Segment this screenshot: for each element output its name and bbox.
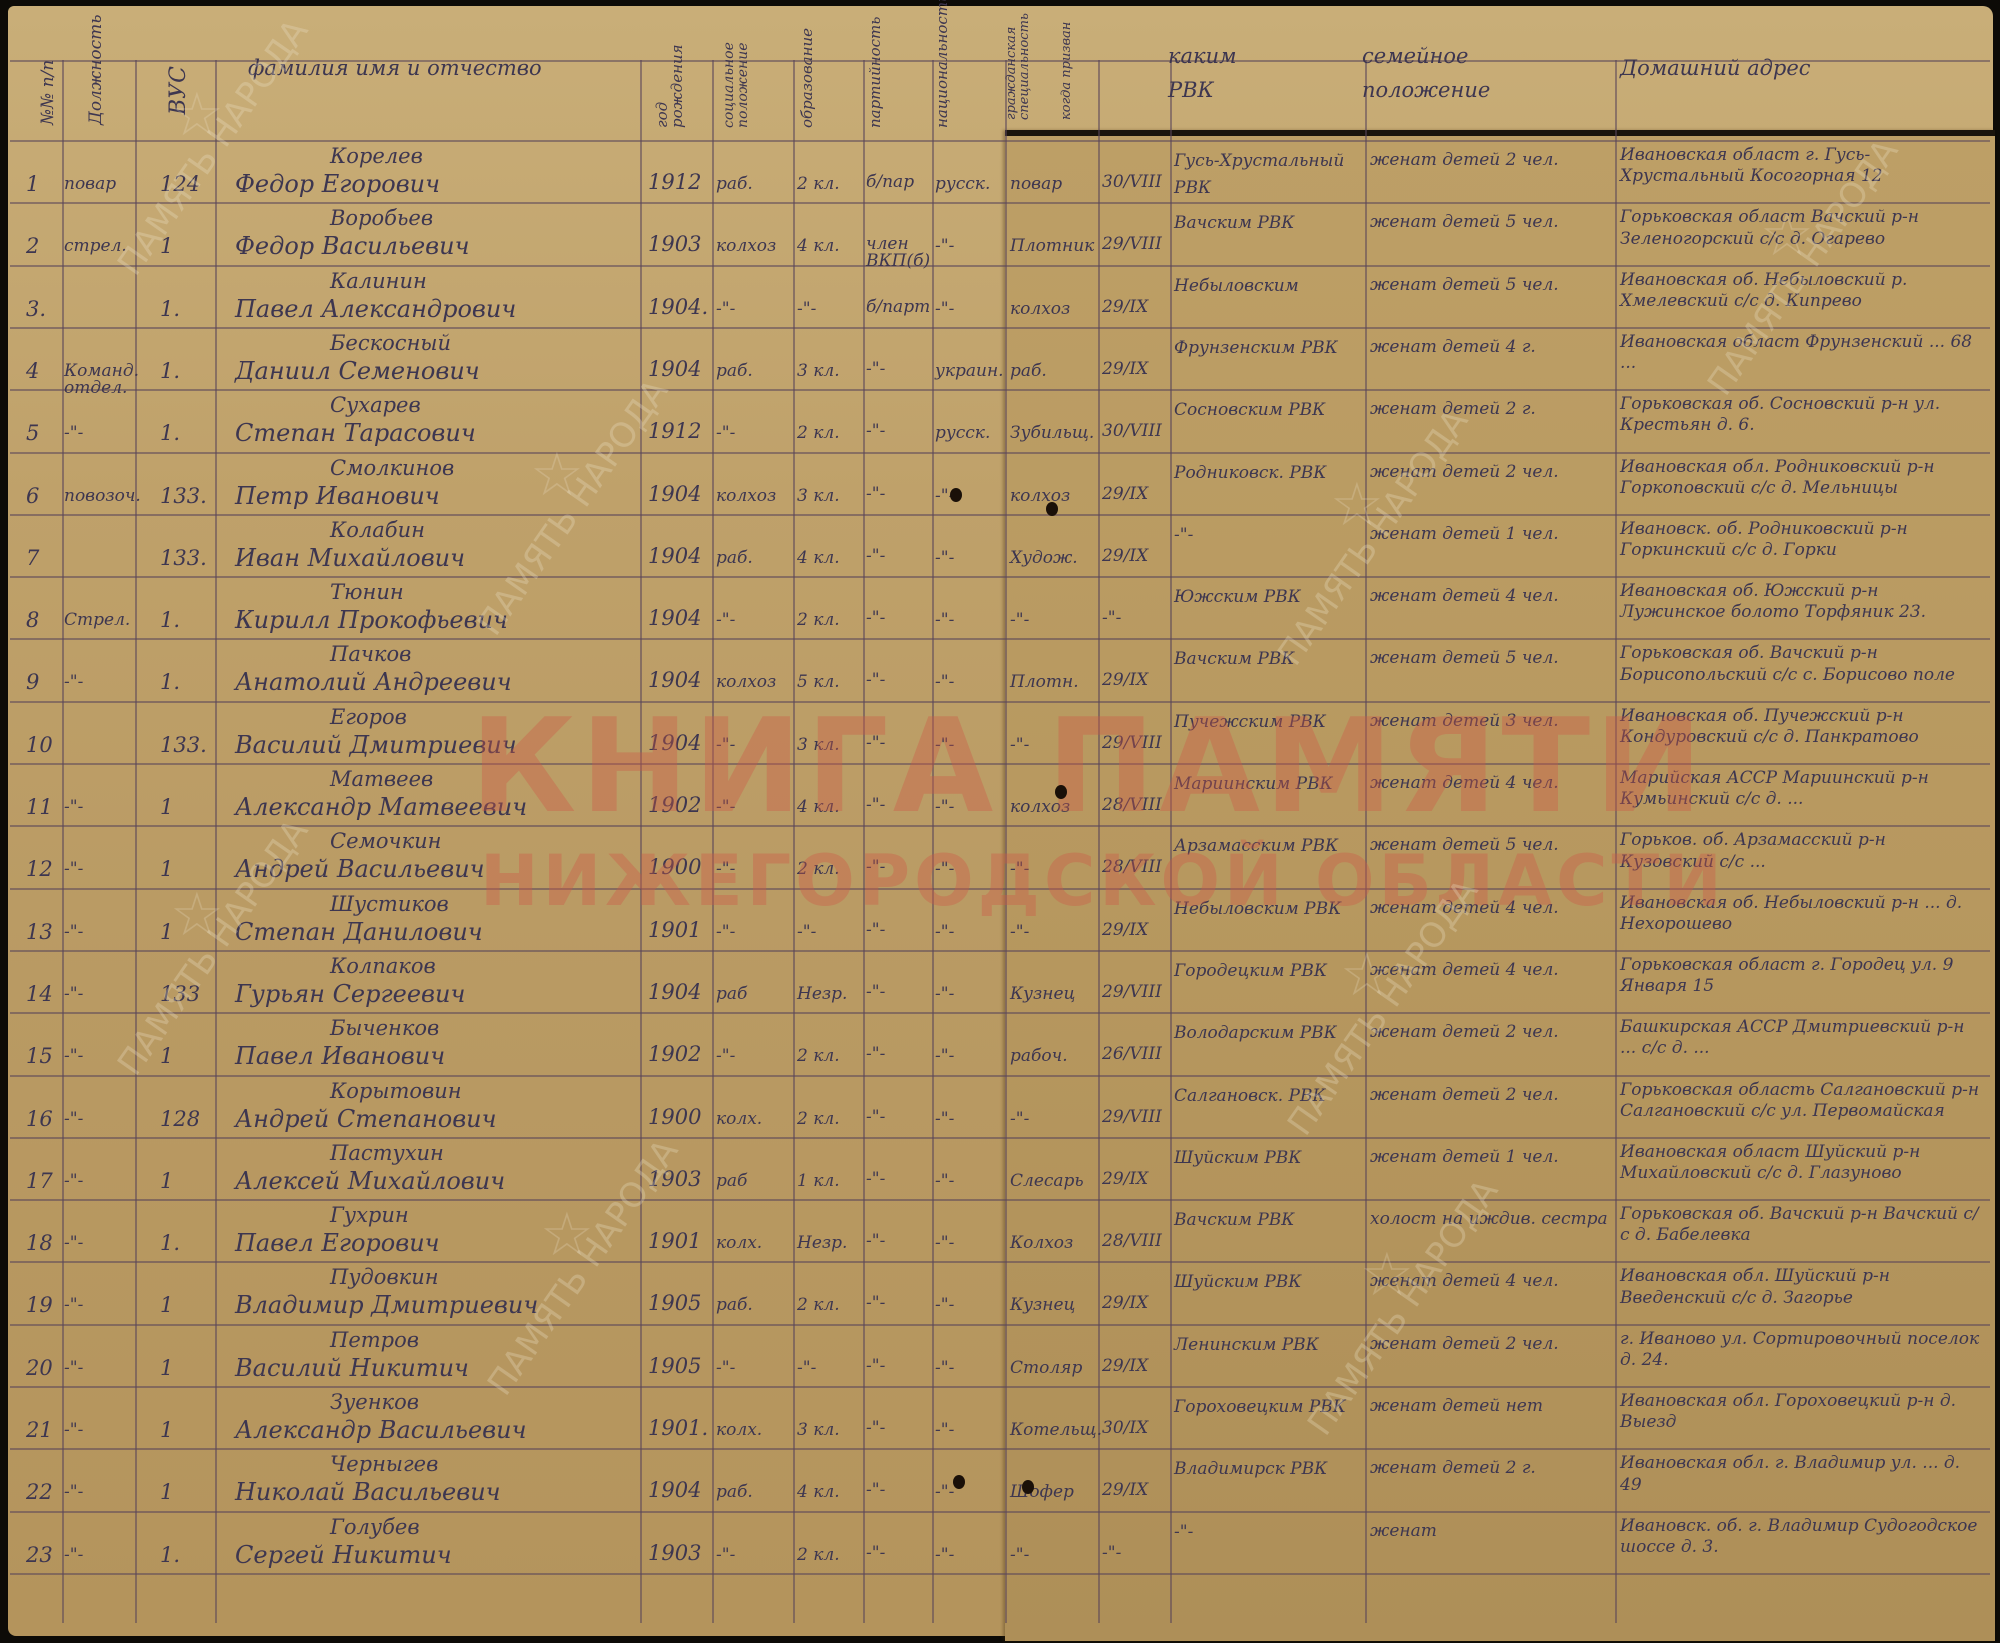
cell-education: 5 кл.	[797, 674, 840, 691]
cell-party: -"-	[866, 1358, 932, 1375]
cell-birth-year: 1905	[648, 1356, 701, 1377]
cell-vus: 133.	[160, 735, 207, 756]
rule-row	[10, 1511, 1990, 1513]
cell-call-date: 29/IX	[1102, 1171, 1148, 1188]
cell-call-date: 29/IX	[1102, 672, 1148, 689]
star-icon: ☆	[540, 1200, 594, 1270]
cell-call-date: 30/VIII	[1102, 423, 1162, 440]
cell-given-names: Федор Васильевич	[235, 234, 470, 258]
cell-party: член ВКП(б)	[866, 236, 932, 270]
cell-birth-year: 1904	[648, 1480, 701, 1501]
cell-vus: 1.	[160, 1545, 180, 1566]
header-nationality: национальность	[935, 0, 950, 128]
cell-surname: Петров	[330, 1330, 419, 1351]
cell-birth-year: 1901	[648, 1231, 701, 1252]
hole	[1046, 502, 1058, 516]
cell-surname: Черныгев	[330, 1454, 438, 1475]
cell-family: женат детей 5 чел.	[1370, 277, 1610, 294]
cell-education: 2 кл.	[797, 1048, 840, 1065]
cell-nationality: -"-	[935, 1360, 954, 1377]
cell-education: 2 кл.	[797, 1111, 840, 1128]
cell-number: 14	[26, 984, 53, 1005]
cell-vus: 133.	[160, 548, 207, 569]
cell-surname: Егоров	[330, 707, 407, 728]
star-icon: ☆	[530, 440, 584, 510]
cell-party: -"-	[866, 423, 932, 440]
cell-vus: 1.	[160, 361, 180, 382]
cell-given-names: Степан Тарасович	[235, 421, 476, 445]
cell-number: 3.	[26, 299, 46, 320]
cell-nationality: -"-	[935, 1422, 954, 1439]
cell-party: -"-	[866, 1420, 932, 1437]
cell-birth-year: 1900	[648, 1107, 701, 1128]
cell-call-date: 29/IX	[1102, 1358, 1148, 1375]
cell-address: Ивановская обл. г. Владимир ул. ... д. 4…	[1620, 1453, 1980, 1496]
cell-surname: Быченков	[330, 1018, 439, 1039]
cell-position: -"-	[64, 1173, 134, 1190]
cell-birth-year: 1904	[648, 670, 701, 691]
cell-number: 23	[26, 1545, 53, 1566]
rule-header	[10, 140, 1990, 142]
cell-family: женат детей нет	[1370, 1398, 1610, 1415]
cell-position: -"-	[64, 674, 134, 691]
cell-family: женат детей 4 г.	[1370, 339, 1610, 356]
cell-specialty: -"-	[1010, 612, 1029, 629]
header-birth-year: год рождения	[655, 28, 685, 128]
cell-surname: Воробьев	[330, 208, 433, 229]
rule-row	[10, 576, 1990, 578]
cell-birth-year: 1901.	[648, 1418, 708, 1439]
cell-specialty: Кузнец	[1010, 986, 1075, 1003]
star-icon: ☆	[170, 880, 224, 950]
cell-nationality: -"-	[935, 301, 954, 318]
cell-specialty: Худож.	[1010, 550, 1078, 567]
cell-specialty: раб.	[1010, 363, 1047, 380]
cell-address: Ивановск. об. Родниковский р-н Горкински…	[1620, 519, 1980, 562]
cell-specialty: повар	[1010, 176, 1062, 193]
cell-social: -"-	[716, 1547, 735, 1564]
cell-party: -"-	[866, 984, 932, 1001]
cell-birth-year: 1904	[648, 608, 701, 629]
cell-birth-year: 1903	[648, 234, 701, 255]
cell-number: 20	[26, 1358, 53, 1379]
cell-surname: Зуенков	[330, 1392, 419, 1413]
cell-birth-year: 1904	[648, 546, 701, 567]
cell-birth-year: 1902	[648, 1044, 701, 1065]
rule-row	[10, 950, 1990, 952]
header-position: Должность	[88, 14, 105, 125]
cell-family: женат детей 2 г.	[1370, 1460, 1610, 1477]
cell-education: 4 кл.	[797, 238, 840, 255]
cell-social: раб	[716, 986, 747, 1003]
rule-row	[10, 202, 1990, 204]
rule-row	[10, 389, 1990, 391]
cell-birth-year: 1904.	[648, 297, 708, 318]
cell-position: Команд. отдел.	[64, 363, 134, 397]
cell-number: 5	[26, 423, 39, 444]
cell-rvk: Сосновским РВК	[1174, 397, 1364, 424]
cell-birth-year: 1903	[648, 1543, 701, 1564]
cell-call-date: -"-	[1102, 610, 1121, 627]
cell-social: раб.	[716, 176, 753, 193]
cell-specialty: Плотн.	[1010, 674, 1079, 691]
cell-position: повар	[64, 176, 134, 193]
cell-party: -"-	[866, 548, 932, 565]
cell-education: Незр.	[797, 1235, 847, 1252]
cell-nationality: русск.	[935, 425, 990, 442]
cell-number: 8	[26, 610, 39, 631]
rule-row	[10, 1573, 1990, 1575]
cell-position: -"-	[64, 924, 134, 941]
cell-nationality: -"-	[935, 1048, 954, 1065]
cell-birth-year: 1904	[648, 484, 701, 505]
cell-given-names: Николай Васильевич	[235, 1480, 501, 1504]
cell-education: 3 кл.	[797, 488, 840, 505]
cell-given-names: Андрей Степанович	[235, 1107, 497, 1131]
cell-given-names: Кирилл Прокофьевич	[235, 608, 508, 632]
cell-given-names: Иван Михайлович	[235, 546, 465, 570]
cell-given-names: Алексей Михайлович	[235, 1169, 505, 1193]
cell-party: -"-	[866, 922, 932, 939]
cell-party: -"-	[866, 1545, 932, 1562]
cell-social: -"-	[716, 425, 735, 442]
cell-social: -"-	[716, 301, 735, 318]
watermark-line2: НИЖЕГОРОДСКОЙ ОБЛАСТИ	[480, 840, 1726, 922]
cell-given-names: Гурьян Сергеевич	[235, 982, 465, 1006]
cell-given-names: Александр Васильевич	[235, 1418, 527, 1442]
cell-specialty: колхоз	[1010, 488, 1070, 505]
rule-row	[10, 1324, 1990, 1326]
cell-surname: Пудовкин	[330, 1267, 439, 1288]
cell-number: 16	[26, 1109, 53, 1130]
cell-nationality: русск.	[935, 176, 990, 193]
cell-specialty: Шофер	[1010, 1484, 1074, 1501]
cell-nationality: -"-	[935, 1484, 954, 1501]
cell-party: -"-	[866, 1233, 932, 1250]
cell-vus: 128	[160, 1109, 200, 1130]
cell-education: 2 кл.	[797, 612, 840, 629]
cell-nationality: -"-	[935, 612, 954, 629]
rule-row	[10, 514, 1990, 516]
cell-surname: Корелев	[330, 146, 423, 167]
cell-surname: Голубев	[330, 1517, 420, 1538]
cell-social: -"-	[716, 612, 735, 629]
cell-position: Стрел.	[64, 612, 134, 629]
cell-education: Незр.	[797, 986, 847, 1003]
cell-surname: Корытовин	[330, 1081, 462, 1102]
cell-number: 13	[26, 922, 53, 943]
cell-education: 4 кл.	[797, 1484, 840, 1501]
cell-nationality: -"-	[935, 1173, 954, 1190]
cell-specialty: рабоч.	[1010, 1048, 1068, 1065]
hole	[953, 1475, 965, 1489]
cell-given-names: Даниил Семенович	[235, 359, 480, 383]
cell-surname: Смолкинов	[330, 458, 454, 479]
cell-surname: Матвеев	[330, 769, 433, 790]
cell-education: 3 кл.	[797, 363, 840, 380]
cell-education: -"-	[797, 924, 816, 941]
cell-social: колхоз	[716, 238, 776, 255]
cell-social: колх.	[716, 1235, 762, 1252]
cell-education: 3 кл.	[797, 1422, 840, 1439]
cell-address: Горьковская об. Вачский р-н Вачский с/с …	[1620, 1204, 1980, 1247]
header-rvk: каким РВК	[1168, 40, 1278, 107]
cell-education: 2 кл.	[797, 1547, 840, 1564]
cell-specialty: колхоз	[1010, 301, 1070, 318]
cell-position: -"-	[64, 1547, 134, 1564]
cell-rvk: Городецким РВК	[1174, 958, 1364, 985]
cell-surname: Бескосный	[330, 333, 451, 354]
cell-family: женат	[1370, 1523, 1610, 1540]
rule-row	[10, 1261, 1990, 1263]
cell-specialty: Колхоз	[1010, 1235, 1073, 1252]
cell-vus: 1	[160, 1295, 173, 1316]
cell-call-date: 29/IX	[1102, 922, 1148, 939]
cell-call-date: 30/VIII	[1102, 174, 1162, 191]
cell-party: -"-	[866, 1046, 932, 1063]
cell-social: -"-	[716, 924, 735, 941]
cell-rvk: Ленинским РВК	[1174, 1332, 1364, 1359]
cell-given-names: Павел Иванович	[235, 1044, 445, 1068]
cell-vus: 1	[160, 1420, 173, 1441]
cell-specialty: Столяр	[1010, 1360, 1082, 1377]
star-icon: ☆	[1360, 1240, 1414, 1310]
cell-number: 21	[26, 1420, 53, 1441]
cell-address: Горьковская об. Вачский р-н Борисопольск…	[1620, 643, 1980, 686]
cell-position: -"-	[64, 1484, 134, 1501]
cell-given-names: Василий Никитич	[235, 1356, 469, 1380]
cell-party: -"-	[866, 486, 932, 503]
cell-call-date: 29/IX	[1102, 1482, 1148, 1499]
star-icon: ☆	[1330, 470, 1384, 540]
cell-nationality: -"-	[935, 238, 954, 255]
cell-party: -"-	[866, 361, 932, 378]
cell-education: 4 кл.	[797, 550, 840, 567]
cell-party: -"-	[866, 1109, 932, 1126]
cell-surname: Калинин	[330, 271, 427, 292]
cell-position: -"-	[64, 1235, 134, 1252]
cell-position: -"-	[64, 861, 134, 878]
cell-family: женат детей 2 чел.	[1370, 1087, 1610, 1104]
cell-surname: Гухрин	[330, 1205, 409, 1226]
cell-given-names: Павел Егорович	[235, 1231, 440, 1255]
cell-rvk: Вачским РВК	[1174, 646, 1364, 673]
cell-vus: 133.	[160, 486, 207, 507]
hole	[950, 488, 962, 502]
cell-call-date: 29/VIII	[1102, 984, 1162, 1001]
cell-family: женат детей 2 г.	[1370, 401, 1610, 418]
cell-vus: 1	[160, 1171, 173, 1192]
cell-call-date: -"-	[1102, 1545, 1121, 1562]
cell-family: женат детей 4 чел.	[1370, 588, 1610, 605]
cell-nationality: -"-	[935, 674, 954, 691]
cell-nationality: -"-	[935, 1547, 954, 1564]
cell-specialty: -"-	[1010, 1547, 1029, 1564]
cell-surname: Тюнин	[330, 582, 404, 603]
cell-specialty: -"-	[1010, 1111, 1029, 1128]
cell-birth-year: 1904	[648, 982, 701, 1003]
cell-nationality: -"-	[935, 986, 954, 1003]
cell-number: 15	[26, 1046, 53, 1067]
cell-specialty: Котельщ.	[1010, 1422, 1102, 1439]
cell-address: Горьковская област г. Городец ул. 9 Янва…	[1620, 955, 1980, 998]
cell-given-names: Федор Егорович	[235, 172, 440, 196]
hole	[1022, 1480, 1034, 1494]
cell-surname: Колпаков	[330, 956, 436, 977]
cell-social: -"-	[716, 1048, 735, 1065]
cell-birth-year: 1901	[648, 920, 701, 941]
rule-row	[10, 1386, 1990, 1388]
cell-given-names: Степан Данилович	[235, 920, 483, 944]
cell-specialty: Кузнец	[1010, 1297, 1075, 1314]
cell-birth-year: 1905	[648, 1293, 701, 1314]
cell-social: раб.	[716, 1297, 753, 1314]
hole	[1055, 785, 1067, 799]
cell-family: женат детей 1 чел.	[1370, 526, 1610, 543]
cell-number: 2	[26, 236, 39, 257]
cell-nationality: -"-	[935, 1235, 954, 1252]
cell-address: Башкирская АССР Дмитриевский р-н ... с/с…	[1620, 1017, 1980, 1060]
cell-call-date: 26/VIII	[1102, 1046, 1162, 1063]
cell-party: -"-	[866, 1171, 932, 1188]
cell-family: женат детей 5 чел.	[1370, 214, 1610, 231]
header-num: №№ п/п	[40, 60, 57, 125]
cell-social: раб	[716, 1173, 747, 1190]
cell-social: раб.	[716, 550, 753, 567]
cell-vus: 1.	[160, 610, 180, 631]
cell-call-date: 28/VIII	[1102, 1233, 1162, 1250]
cell-number: 7	[26, 548, 39, 569]
star-icon: ☆	[170, 80, 224, 150]
cell-call-date: 29/IX	[1102, 486, 1148, 503]
cell-specialty: Слесарь	[1010, 1173, 1084, 1190]
cell-number: 6	[26, 486, 39, 507]
cell-education: 1 кл.	[797, 1173, 840, 1190]
rule-row	[10, 1448, 1990, 1450]
cell-education: -"-	[797, 301, 816, 318]
cell-social: колхоз	[716, 488, 776, 505]
cell-rvk: Шуйским РВК	[1174, 1145, 1364, 1172]
cell-call-date: 30/IX	[1102, 1420, 1148, 1437]
cell-number: 19	[26, 1295, 53, 1316]
cell-address: Ивановская област г. Гусь-Хрустальный Ко…	[1620, 145, 1980, 188]
rule-column	[135, 60, 137, 1623]
cell-social: раб.	[716, 363, 753, 380]
cell-position: -"-	[64, 1111, 134, 1128]
cell-address: Ивановская об. Южский р-н Лужинское боло…	[1620, 581, 1980, 624]
cell-nationality: -"-	[935, 550, 954, 567]
cell-family: женат детей 1 чел.	[1370, 1149, 1610, 1166]
rule-row	[10, 638, 1990, 640]
cell-social: колхоз	[716, 674, 776, 691]
star-icon: ☆	[1760, 200, 1814, 270]
header-family: семейное положение	[1362, 40, 1562, 107]
cell-call-date: 29/VIII	[1102, 1109, 1162, 1126]
cell-vus: 1.	[160, 299, 180, 320]
cell-call-date: 29/IX	[1102, 361, 1148, 378]
header-civil-specialty: гражданская специальность	[1005, 10, 1031, 120]
cell-position: повозоч.	[64, 488, 134, 505]
cell-address: Ивановск. об. г. Владимир Судогодское шо…	[1620, 1516, 1980, 1559]
cell-social: -"-	[716, 1360, 735, 1377]
cell-address: Горьковская об. Сосновский р-н ул. Крест…	[1620, 394, 1980, 437]
cell-given-names: Сергей Никитич	[235, 1543, 452, 1567]
cell-address: г. Иваново ул. Сортировочный поселок д. …	[1620, 1329, 1980, 1372]
cell-call-date: 29/IX	[1102, 299, 1148, 316]
cell-number: 1	[26, 174, 39, 195]
watermark-line1: КНИГА ПАМЯТИ	[470, 690, 1707, 842]
cell-social: колх.	[716, 1111, 762, 1128]
cell-address: Ивановская област Шуйский р-н Михайловск…	[1620, 1142, 1980, 1185]
cell-specialty: Зубильщ.	[1010, 425, 1094, 442]
cell-position: -"-	[64, 1297, 134, 1314]
cell-specialty: Плотник	[1010, 238, 1094, 255]
cell-number: 22	[26, 1482, 53, 1503]
star-icon: ☆	[1340, 940, 1394, 1010]
cell-address: Ивановская обл. Гороховецкий р-н д. Выез…	[1620, 1391, 1980, 1434]
cell-call-date: 29/IX	[1102, 548, 1148, 565]
cell-vus: 1.	[160, 1233, 180, 1254]
cell-education: 2 кл.	[797, 1297, 840, 1314]
cell-position: -"-	[64, 1360, 134, 1377]
cell-party: б/пар	[866, 174, 932, 191]
cell-party: -"-	[866, 672, 932, 689]
cell-social: раб.	[716, 1484, 753, 1501]
cell-birth-year: 1904	[648, 359, 701, 380]
cell-surname: Колабин	[330, 520, 425, 541]
cell-call-date: 29/VIII	[1102, 236, 1162, 253]
cell-family: женат детей 2 чел.	[1370, 152, 1610, 169]
rule-row	[10, 1012, 1990, 1014]
cell-position: -"-	[64, 1422, 134, 1439]
rule-row	[10, 1199, 1990, 1201]
cell-family: женат детей 5 чел.	[1370, 650, 1610, 667]
cell-surname: Шустиков	[330, 894, 449, 915]
cell-rvk: Владимирск РВК	[1174, 1456, 1364, 1483]
cell-surname: Сухарев	[330, 395, 421, 416]
cell-rvk: Небыловским	[1174, 273, 1364, 300]
cell-birth-year: 1912	[648, 172, 701, 193]
cell-birth-year: 1912	[648, 421, 701, 442]
cell-nationality: украин.	[935, 363, 1004, 380]
cell-vus: 1.	[160, 423, 180, 444]
rule-row	[10, 265, 1990, 267]
cell-call-date: 29/IX	[1102, 1295, 1148, 1312]
cell-surname: Пачков	[330, 644, 411, 665]
cell-address: Горьковская область Салгановский р-н Сал…	[1620, 1080, 1980, 1123]
cell-surname: Пастухин	[330, 1143, 444, 1164]
cell-party: -"-	[866, 1295, 932, 1312]
cell-position: -"-	[64, 425, 134, 442]
cell-address: Ивановская област Фрунзенский ... 68 ...	[1620, 332, 1980, 375]
cell-vus: 1	[160, 797, 173, 818]
cell-number: 17	[26, 1171, 53, 1192]
cell-rvk: Вачским РВК	[1174, 210, 1364, 237]
cell-nationality: -"-	[935, 1297, 954, 1314]
cell-number: 9	[26, 672, 39, 693]
cell-given-names: Петр Иванович	[235, 484, 440, 508]
cell-address: Ивановская обл. Родниковский р-н Горкопо…	[1620, 457, 1980, 500]
rule-row	[10, 452, 1990, 454]
cell-rvk: Шуйским РВК	[1174, 1269, 1364, 1296]
rule-column	[62, 60, 64, 1623]
cell-social: колх.	[716, 1422, 762, 1439]
cell-party: б/парт	[866, 299, 932, 316]
cell-specialty: -"-	[1010, 924, 1029, 941]
cell-education: -"-	[797, 1360, 816, 1377]
cell-education: 2 кл.	[797, 425, 840, 442]
cell-rvk: Гусь-Хрустальный РВК	[1174, 148, 1364, 202]
